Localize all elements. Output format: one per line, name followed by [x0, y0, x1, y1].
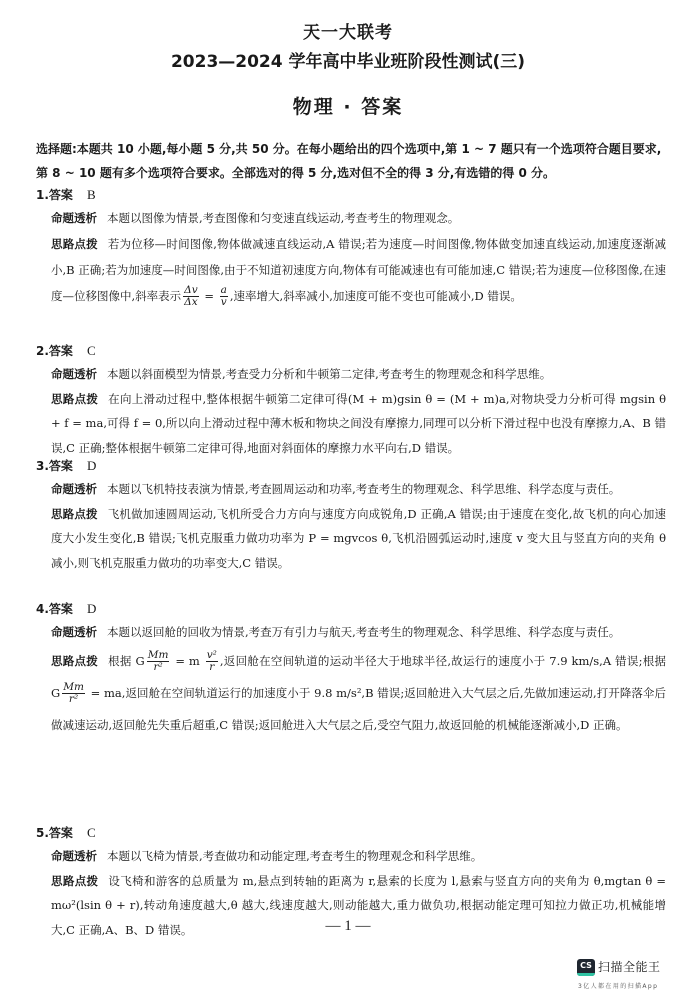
question-number: 4.	[36, 602, 49, 616]
analysis-paragraph: 命题透析本题以飞机特技表演为情景,考查圆周运动和功率,考查考生的物理观念、科学思…	[36, 477, 666, 502]
question-2: 2.答案C 命题透析本题以斜面模型为情景,考查受力分析和牛顿第二定律,考查考生的…	[36, 340, 666, 460]
answer-label: 答案	[49, 826, 73, 840]
question-number: 1.	[36, 188, 49, 202]
answer-line: 4.答案D	[36, 598, 666, 620]
analysis-text: 本题以飞椅为情景,考查做功和动能定理,考查考生的物理观念和科学思维。	[107, 849, 482, 863]
exam-title: 2023—2024 学年高中毕业班阶段性测试(三)	[0, 47, 696, 72]
hint-paragraph: 思路点拨飞机做加速圆周运动,飞机所受合力方向与速度方向成锐角,D 正确,A 错误…	[36, 502, 666, 576]
question-3: 3.答案D 命题透析本题以飞机特技表演为情景,考查圆周运动和功率,考查考生的物理…	[36, 455, 666, 575]
answer-line: 2.答案C	[36, 340, 666, 362]
fraction-Mm-r2: Mmr²	[147, 650, 170, 673]
analysis-label: 命题透析	[51, 849, 97, 863]
section-instructions: 选择题:本题共 10 小题,每小题 5 分,共 50 分。在每小题给出的四个选项…	[36, 137, 664, 185]
hint-paragraph: 思路点拨若为位移—时间图像,物体做减速直线运动,A 错误;若为速度—时间图像,物…	[36, 231, 666, 309]
answer-line: 5.答案C	[36, 822, 666, 844]
fraction-Mm-r2-b: Mmr²	[62, 682, 85, 705]
answer-value: C	[87, 825, 96, 840]
fraction-a-v: av	[220, 285, 228, 308]
question-4: 4.答案D 命题透析本题以返回舱的回收为情景,考查万有引力与航天,考查考生的物理…	[36, 598, 666, 741]
hint-label: 思路点拨	[51, 874, 98, 888]
fraction-v2-r: v²r	[206, 650, 218, 673]
answer-label: 答案	[49, 344, 73, 358]
question-number: 5.	[36, 826, 49, 840]
hint-label: 思路点拨	[51, 654, 98, 668]
answer-value: C	[87, 343, 96, 358]
analysis-label: 命题透析	[51, 625, 97, 639]
analysis-label: 命题透析	[51, 482, 97, 496]
answer-value: D	[87, 458, 96, 473]
analysis-text: 本题以斜面模型为情景,考查受力分析和牛顿第二定律,考查考生的物理观念和科学思维。	[107, 367, 551, 381]
analysis-paragraph: 命题透析本题以斜面模型为情景,考查受力分析和牛顿第二定律,考查考生的物理观念和科…	[36, 362, 666, 387]
fraction-dv-dx: ΔvΔx	[183, 285, 199, 308]
question-1: 1.答案B 命题透析本题以图像为情景,考查图像和匀变速直线运动,考查考生的物理观…	[36, 184, 666, 309]
analysis-paragraph: 命题透析本题以图像为情景,考查图像和匀变速直线运动,考查考生的物理观念。	[36, 206, 666, 231]
analysis-label: 命题透析	[51, 211, 97, 225]
hint-paragraph: 思路点拨在向上滑动过程中,整体根据牛顿第二定律可得(M + m)gsin θ =…	[36, 387, 666, 461]
answer-line: 3.答案D	[36, 455, 666, 477]
hint-text-post: ,速率增大,斜率减小,加速度可能不变也可能减小,D 错误。	[230, 289, 522, 303]
answer-label: 答案	[49, 602, 73, 616]
hint-label: 思路点拨	[51, 237, 98, 251]
analysis-paragraph: 命题透析本题以飞椅为情景,考查做功和动能定理,考查考生的物理观念和科学思维。	[36, 844, 666, 869]
answer-label: 答案	[49, 459, 73, 473]
answer-line: 1.答案B	[36, 184, 666, 206]
question-number: 2.	[36, 344, 49, 358]
hint-label: 思路点拨	[51, 392, 98, 406]
answer-value: D	[87, 601, 96, 616]
analysis-label: 命题透析	[51, 367, 97, 381]
analysis-text: 本题以返回舱的回收为情景,考查万有引力与航天,考查考生的物理观念、科学思维、科学…	[107, 625, 620, 639]
question-number: 3.	[36, 459, 49, 473]
organization-title: 天一大联考	[0, 18, 696, 43]
camscanner-logo-icon: CS	[577, 959, 595, 976]
watermark-app-name: 扫描全能王	[598, 958, 661, 975]
scanner-watermark: CS 扫描全能王 3亿人都在用的扫描App	[577, 955, 692, 1000]
analysis-text: 本题以图像为情景,考查图像和匀变速直线运动,考查考生的物理观念。	[107, 211, 459, 225]
analysis-text: 本题以飞机特技表演为情景,考查圆周运动和功率,考查考生的物理观念、科学思维、科学…	[107, 482, 620, 496]
hint-label: 思路点拨	[51, 507, 98, 521]
analysis-paragraph: 命题透析本题以返回舱的回收为情景,考查万有引力与航天,考查考生的物理观念、科学思…	[36, 620, 666, 645]
hint-paragraph: 思路点拨根据 GMmr² = m v²r,返回舱在空间轨道的运动半径大于地球半径…	[36, 645, 666, 741]
hint-text: 在向上滑动过程中,整体根据牛顿第二定律可得(M + m)gsin θ = (M …	[51, 392, 666, 455]
hint-text: 飞机做加速圆周运动,飞机所受合力方向与速度方向成锐角,D 正确,A 错误;由于速…	[51, 507, 666, 570]
answer-value: B	[87, 187, 96, 202]
page-number: — 1 —	[0, 918, 696, 935]
answer-label: 答案	[49, 188, 73, 202]
subject-title: 物理 · 答案	[0, 92, 696, 119]
watermark-tagline: 3亿人都在用的扫描App	[578, 981, 658, 990]
